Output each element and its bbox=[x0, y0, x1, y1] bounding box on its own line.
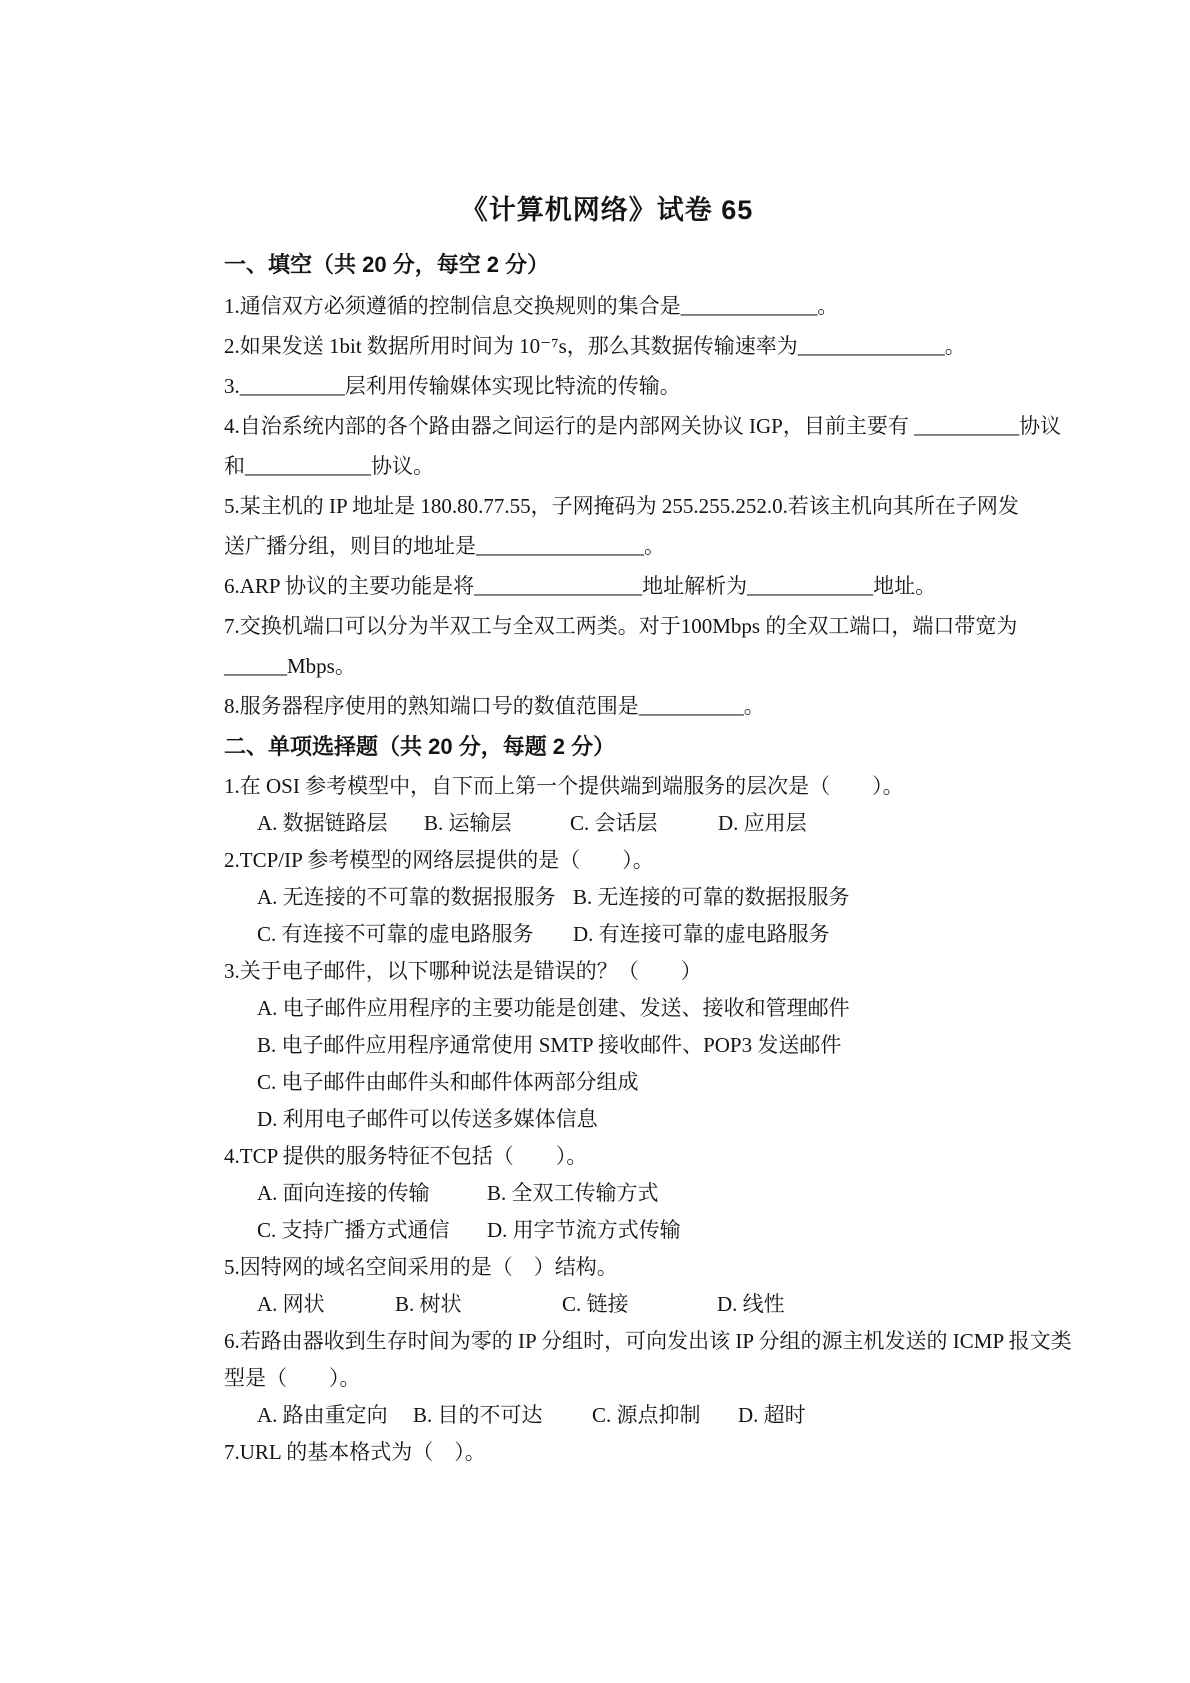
choice-q6-option-d: D. 超时 bbox=[738, 1397, 806, 1434]
choice-q5-option-d: D. 线性 bbox=[717, 1286, 785, 1323]
choice-q6-option-b: B. 目的不可达 bbox=[413, 1397, 592, 1434]
choice-q2-text: 2.TCP/IP 参考模型的网络层提供的是（ ）。 bbox=[224, 842, 990, 879]
choice-q2-option-c: C. 有连接不可靠的虚电路服务 bbox=[257, 916, 573, 953]
fill-line-5: 5.某主机的 IP 地址是 180.80.77.55，子网掩码为 255.255… bbox=[224, 486, 990, 526]
page-title: 《计算机网络》试卷 65 bbox=[224, 192, 990, 228]
choice-q5-option-c: C. 链接 bbox=[562, 1286, 717, 1323]
choice-q3-option-a: A. 电子邮件应用程序的主要功能是创建、发送、接收和管理邮件 bbox=[257, 990, 850, 1027]
fill-line-2: 2.如果发送 1bit 数据所用时间为 10⁻⁷s，那么其数据传输速率为____… bbox=[224, 326, 990, 366]
section-choice-heading: 二、单项选择题（共 20 分，每题 2 分） bbox=[224, 726, 990, 768]
choice-q5-option-a: A. 网状 bbox=[257, 1286, 395, 1323]
section-fill-heading: 一、填空（共 20 分，每空 2 分） bbox=[224, 244, 990, 286]
choice-q2-option-b: B. 无连接的可靠的数据报服务 bbox=[573, 879, 850, 916]
exam-page: 《计算机网络》试卷 65 一、填空（共 20 分，每空 2 分） 1.通信双方必… bbox=[0, 0, 1190, 1471]
choice-q7-text: 7.URL 的基本格式为（ ）。 bbox=[224, 1434, 990, 1471]
choice-q1-option-c: C. 会话层 bbox=[570, 805, 718, 842]
fill-line-7: 7.交换机端口可以分为半双工与全双工两类。对于100Mbps 的全双工端口，端口… bbox=[224, 606, 990, 646]
choice-q3-option-d: D. 利用电子邮件可以传送多媒体信息 bbox=[257, 1101, 598, 1138]
fill-line-5b: 送广播分组，则目的地址是________________。 bbox=[224, 526, 990, 566]
choice-q3-options-row-3: C. 电子邮件由邮件头和邮件体两部分组成 bbox=[224, 1064, 990, 1101]
choice-q6-text-line-1: 6.若路由器收到生存时间为零的 IP 分组时，可向发出该 IP 分组的源主机发送… bbox=[224, 1323, 990, 1360]
fill-line-8: 8.服务器程序使用的熟知端口号的数值范围是__________。 bbox=[224, 686, 990, 726]
choice-q4-text: 4.TCP 提供的服务特征不包括（ ）。 bbox=[224, 1138, 990, 1175]
choice-q4-option-d: D. 用字节流方式传输 bbox=[487, 1212, 681, 1249]
choice-q1-options-row: A. 数据链路层 B. 运输层 C. 会话层 D. 应用层 bbox=[224, 805, 990, 842]
choice-q4-option-b: B. 全双工传输方式 bbox=[487, 1175, 659, 1212]
choice-q3-options-row-2: B. 电子邮件应用程序通常使用 SMTP 接收邮件、POP3 发送邮件 bbox=[224, 1027, 990, 1064]
choice-q2-options-row-2: C. 有连接不可靠的虚电路服务 D. 有连接可靠的虚电路服务 bbox=[224, 916, 990, 953]
section-choice: 1.在 OSI 参考模型中，自下而上第一个提供端到端服务的层次是（ ）。 A. … bbox=[224, 768, 990, 1471]
choice-q4-option-c: C. 支持广播方式通信 bbox=[257, 1212, 487, 1249]
choice-q1-text: 1.在 OSI 参考模型中，自下而上第一个提供端到端服务的层次是（ ）。 bbox=[224, 768, 990, 805]
fill-line-4: 4.自治系统内部的各个路由器之间运行的是内部网关协议 IGP，目前主要有 ___… bbox=[224, 406, 990, 446]
fill-line-3: 3.__________层利用传输媒体实现比特流的传输。 bbox=[224, 366, 990, 406]
choice-q3-options-row-4: D. 利用电子邮件可以传送多媒体信息 bbox=[224, 1101, 990, 1138]
section-fill: 1.通信双方必须遵循的控制信息交换规则的集合是_____________。 2.… bbox=[224, 286, 990, 726]
choice-q1-option-b: B. 运输层 bbox=[424, 805, 570, 842]
choice-q5-option-b: B. 树状 bbox=[395, 1286, 562, 1323]
choice-q4-options-row-2: C. 支持广播方式通信 D. 用字节流方式传输 bbox=[224, 1212, 990, 1249]
fill-line-7b: ______Mbps。 bbox=[224, 646, 990, 686]
choice-q2-options-row-1: A. 无连接的不可靠的数据报服务 B. 无连接的可靠的数据报服务 bbox=[224, 879, 990, 916]
choice-q3-option-c: C. 电子邮件由邮件头和邮件体两部分组成 bbox=[257, 1064, 639, 1101]
choice-q3-text: 3.关于电子邮件，以下哪种说法是错误的？（ ） bbox=[224, 953, 990, 990]
choice-q3-options-row-1: A. 电子邮件应用程序的主要功能是创建、发送、接收和管理邮件 bbox=[224, 990, 990, 1027]
choice-q2-option-a: A. 无连接的不可靠的数据报服务 bbox=[257, 879, 573, 916]
choice-q5-options-row: A. 网状 B. 树状 C. 链接 D. 线性 bbox=[224, 1286, 990, 1323]
choice-q1-option-a: A. 数据链路层 bbox=[257, 805, 424, 842]
choice-q6-text-line-2: 型是（ ）。 bbox=[224, 1360, 990, 1397]
choice-q4-option-a: A. 面向连接的传输 bbox=[257, 1175, 487, 1212]
choice-q2-option-d: D. 有连接可靠的虚电路服务 bbox=[573, 916, 830, 953]
fill-line-4b: 和____________协议。 bbox=[224, 446, 990, 486]
choice-q6-option-a: A. 路由重定向 bbox=[257, 1397, 413, 1434]
choice-q4-options-row-1: A. 面向连接的传输 B. 全双工传输方式 bbox=[224, 1175, 990, 1212]
choice-q5-text: 5.因特网的域名空间采用的是（ ）结构。 bbox=[224, 1249, 990, 1286]
fill-line-6: 6.ARP 协议的主要功能是将________________地址解析为____… bbox=[224, 566, 990, 606]
choice-q1-option-d: D. 应用层 bbox=[718, 805, 807, 842]
choice-q6-option-c: C. 源点抑制 bbox=[592, 1397, 738, 1434]
choice-q6-options-row: A. 路由重定向 B. 目的不可达 C. 源点抑制 D. 超时 bbox=[224, 1397, 990, 1434]
fill-line-1: 1.通信双方必须遵循的控制信息交换规则的集合是_____________。 bbox=[224, 286, 990, 326]
choice-q3-option-b: B. 电子邮件应用程序通常使用 SMTP 接收邮件、POP3 发送邮件 bbox=[257, 1027, 841, 1064]
